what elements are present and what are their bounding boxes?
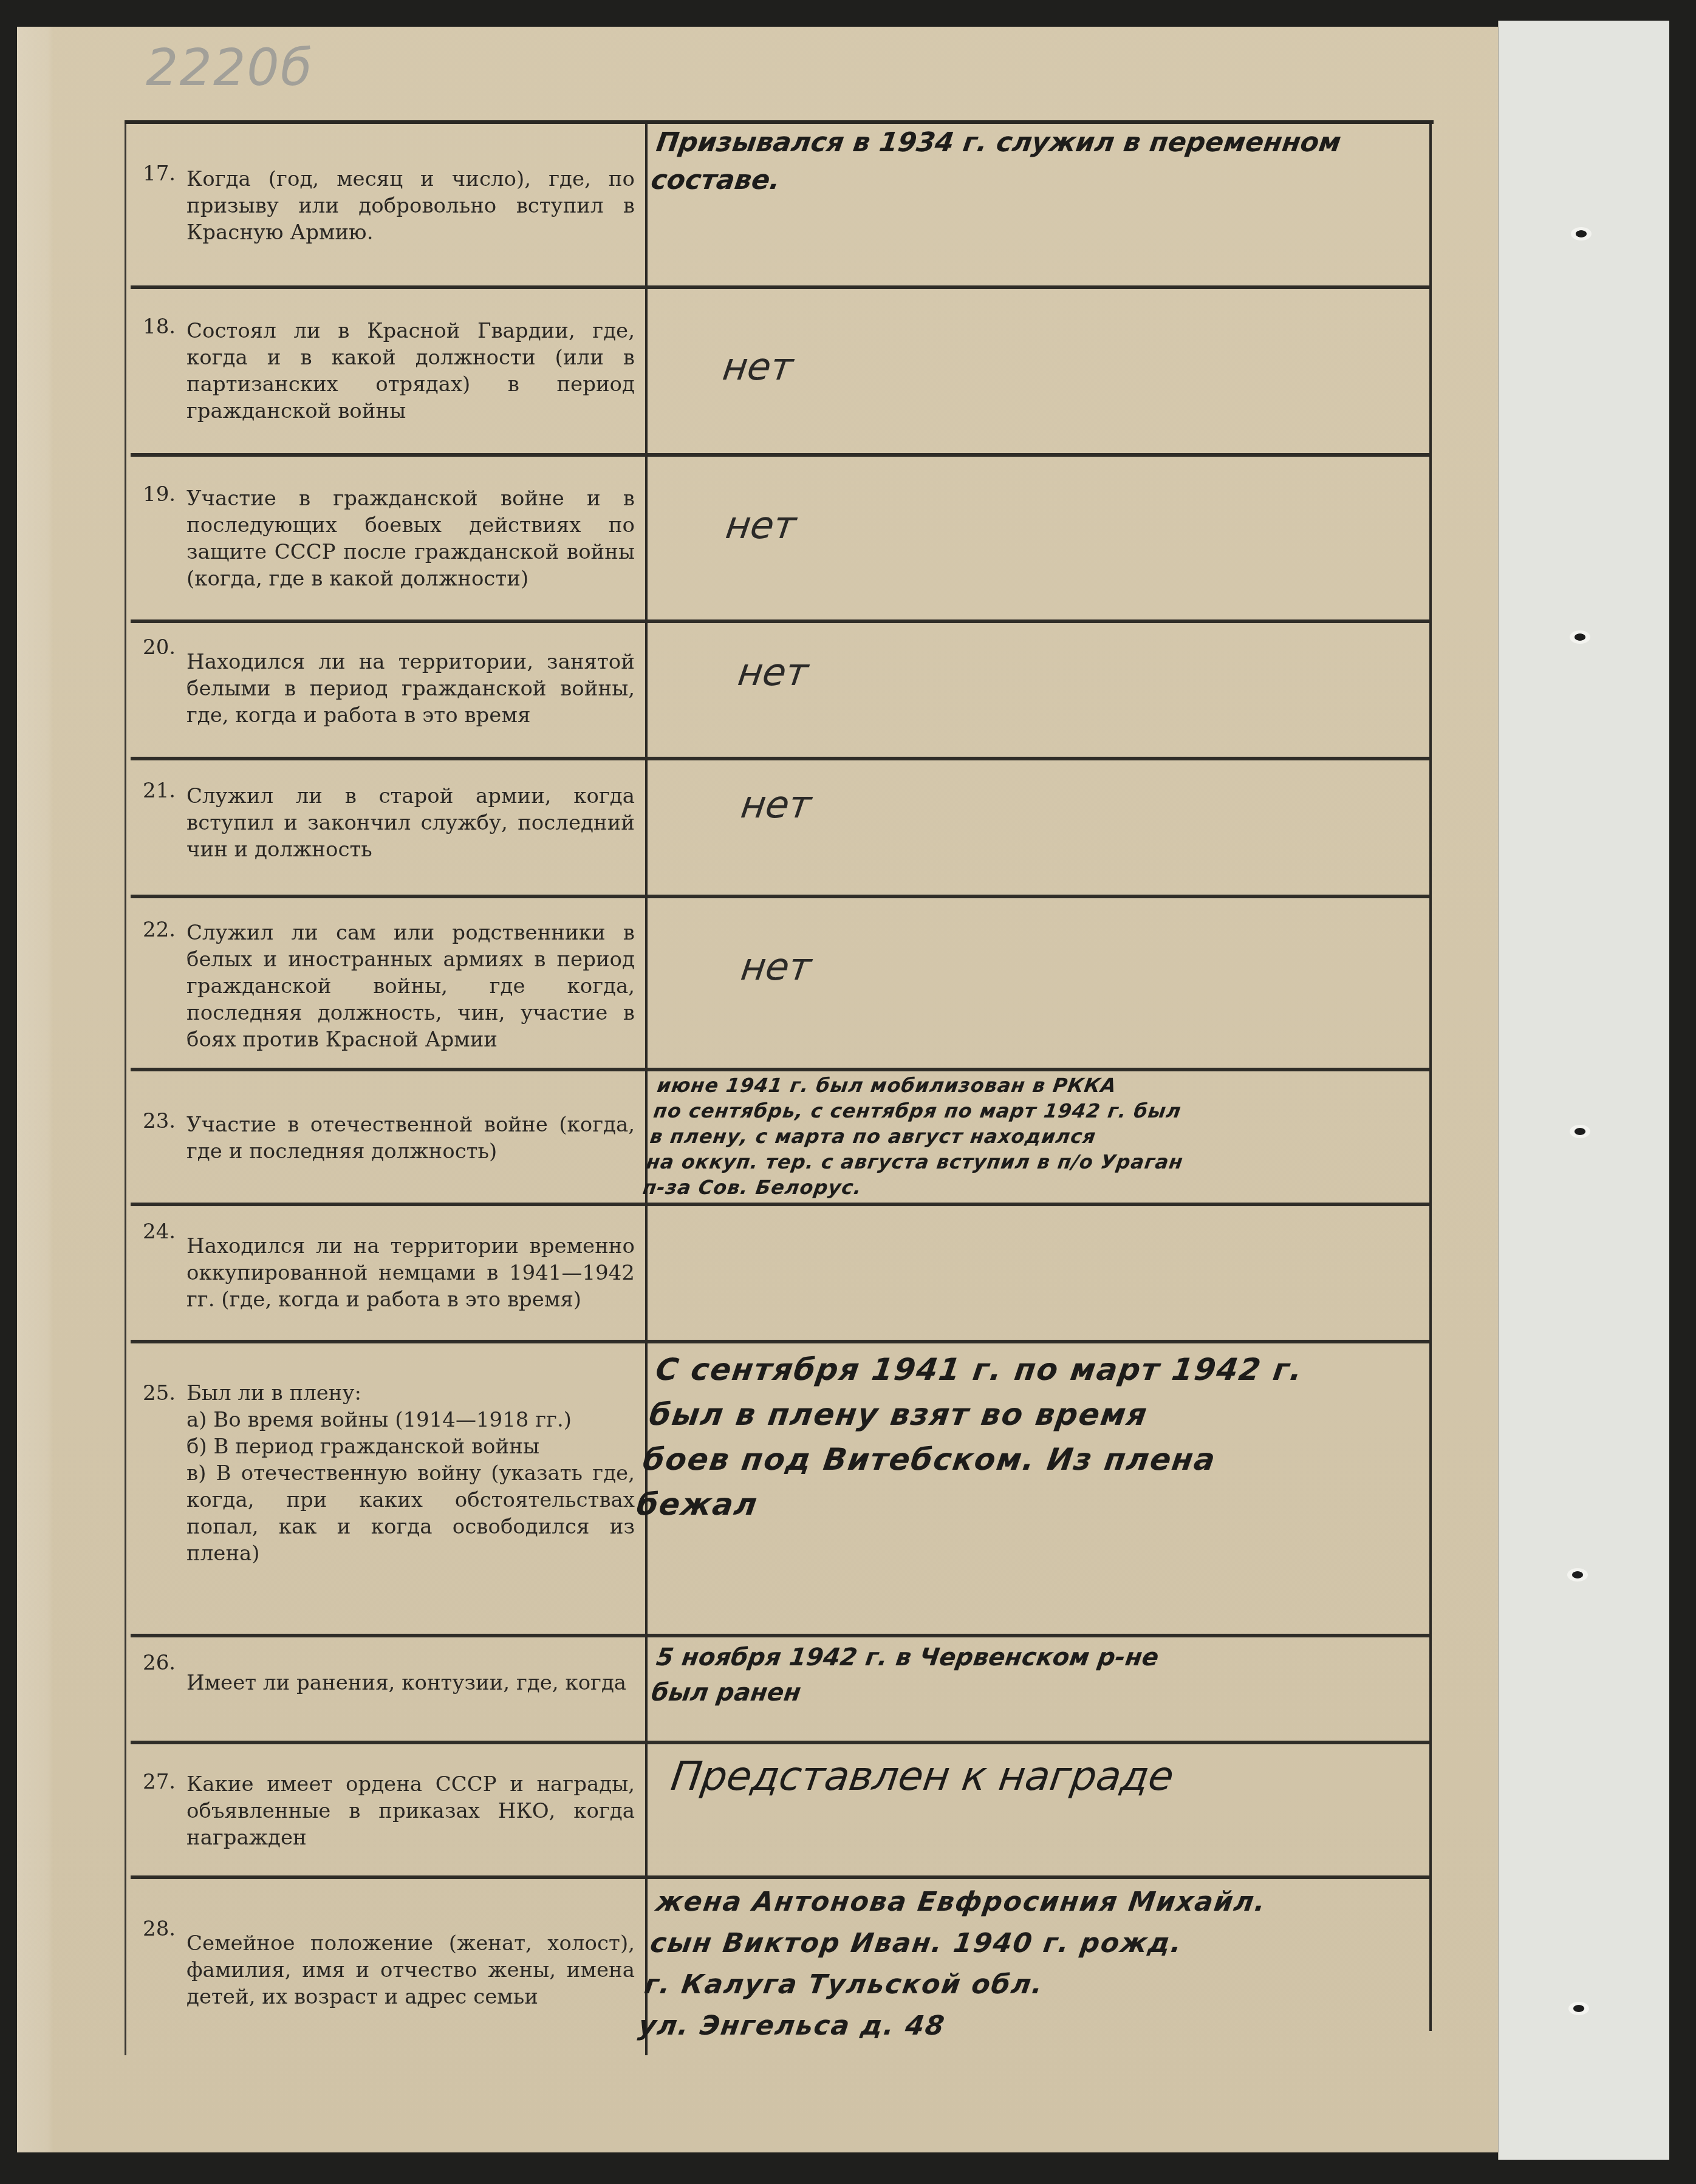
question-number: 26.	[143, 1650, 186, 1676]
question-number: 24.	[143, 1218, 186, 1245]
punch-hole-icon	[1567, 1568, 1588, 1582]
punch-hole-icon	[1568, 2002, 1589, 2015]
punch-hole-icon	[1570, 1125, 1590, 1138]
question-19: 19. Участие в гражданской войне и в посл…	[143, 481, 635, 596]
question-text: Когда (год, месяц и число), где, по приз…	[186, 166, 635, 246]
table-row-28: 28. Семейное положение (женат, холост), …	[125, 1879, 1434, 2055]
question-number: 28.	[143, 1916, 186, 1942]
question-number: 25.	[143, 1380, 186, 1407]
question-21: 21. Служил ли в старой армии, когда всту…	[143, 777, 635, 868]
question-text: Находился ли на территории временно окку…	[186, 1233, 635, 1313]
question-number: 27.	[143, 1769, 186, 1795]
answer-23[interactable]: июне 1941 г. был мобилизован в РККА по с…	[641, 1073, 1418, 1200]
question-26: 26. Имеет ли ранения, контузии, где, ког…	[143, 1650, 635, 1716]
question-28: 28. Семейное положение (женат, холост), …	[143, 1916, 635, 2025]
question-25: 25. Был ли в плену: а) Во время войны (1…	[143, 1380, 635, 1586]
question-text: Имеет ли ранения, контузии, где, когда	[186, 1670, 635, 1696]
question-text: Участие в отечественной войне (когда, гд…	[186, 1111, 635, 1165]
question-text: Состоял ли в Красной Гвардии, где, когда…	[186, 318, 635, 425]
question-18: 18. Состоял ли в Красной Гвардии, где, к…	[143, 313, 635, 429]
question-text: Был ли в плену:	[186, 1380, 635, 1407]
answer-21[interactable]: нет	[739, 785, 1503, 825]
answer-17[interactable]: Призывался в 1934 г. служил в переменном…	[649, 124, 1418, 199]
answer-27[interactable]: Представлен к награде	[669, 1756, 1434, 1797]
question-text: Семейное положение (женат, холост), фами…	[186, 1930, 635, 2010]
table-row-22: 22. Служил ли сам или родственники в бел…	[125, 898, 1434, 1068]
question-subitem-b: б) В период гражданской войны	[186, 1433, 635, 1460]
table-row-24: 24. Находился ли на территории временно …	[125, 1206, 1434, 1340]
answer-25[interactable]: С сентября 1941 г. по март 1942 г. был в…	[634, 1347, 1418, 1527]
table-row-21: 21. Служил ли в старой армии, когда всту…	[125, 760, 1434, 895]
question-text: Служил ли в старой армии, когда вступил …	[186, 783, 635, 863]
answer-19[interactable]: нет	[723, 505, 1488, 545]
question-number: 23.	[143, 1108, 186, 1135]
table-row-25: 25. Был ли в плену: а) Во время войны (1…	[125, 1343, 1434, 1634]
question-24: 24. Находился ли на территории временно …	[143, 1218, 635, 1328]
table-row-17: 17. Когда (год, месяц и число), где, по …	[125, 124, 1434, 285]
question-number: 22.	[143, 916, 186, 943]
question-17: 17. Когда (год, месяц и число), где, по …	[143, 160, 635, 251]
answer-28[interactable]: жена Антонова Евфросиния Михайл. сын Вик…	[636, 1882, 1418, 2047]
table-row-18: 18. Состоял ли в Красной Гвардии, где, к…	[125, 289, 1434, 453]
table-row-26: 26. Имеет ли ранения, контузии, где, ког…	[125, 1637, 1434, 1741]
archive-pencil-number: 2220б	[146, 38, 313, 97]
question-23: 23. Участие в отечественной войне (когда…	[143, 1108, 635, 1169]
question-number: 17.	[143, 160, 186, 187]
question-subitem-a: а) Во время войны (1914—1918 гг.)	[186, 1407, 635, 1433]
answer-20[interactable]: нет	[736, 652, 1500, 692]
answer-18[interactable]: нет	[720, 347, 1485, 387]
punch-hole-icon	[1570, 630, 1590, 644]
question-number: 18.	[143, 313, 186, 340]
punch-hole-icon	[1571, 227, 1592, 241]
answer-22[interactable]: нет	[739, 947, 1503, 987]
table-row-23: 23. Участие в отечественной войне (когда…	[125, 1071, 1434, 1203]
question-body: Был ли в плену: а) Во время войны (1914—…	[186, 1380, 635, 1567]
question-text: Служил ли сам или родственники в белых и…	[186, 920, 635, 1053]
table-row-19: 19. Участие в гражданской войне и в посл…	[125, 457, 1434, 619]
table-row-27: 27. Какие имеет ордена СССР и награды, о…	[125, 1744, 1434, 1875]
binding-margin-strip	[1498, 21, 1669, 2160]
question-text: Какие имеет ордена СССР и награды, объяв…	[186, 1771, 635, 1851]
question-subitem-c: в) В отечественную войну (указать где, к…	[186, 1460, 635, 1567]
question-number: 21.	[143, 777, 186, 804]
question-27: 27. Какие имеет ордена СССР и награды, о…	[143, 1769, 635, 1854]
question-20: 20. Находился ли на территории, занятой …	[143, 634, 635, 743]
table-row-20: 20. Находился ли на территории, занятой …	[125, 623, 1434, 757]
question-text: Участие в гражданской войне и в последую…	[186, 485, 635, 592]
question-number: 19.	[143, 481, 186, 508]
answer-26[interactable]: 5 ноября 1942 г. в Червенском р-не был р…	[649, 1640, 1418, 1710]
question-text: Находился ли на территории, занятой белы…	[186, 649, 635, 729]
question-number: 20.	[143, 634, 186, 661]
question-22: 22. Служил ли сам или родственники в бел…	[143, 916, 635, 1056]
